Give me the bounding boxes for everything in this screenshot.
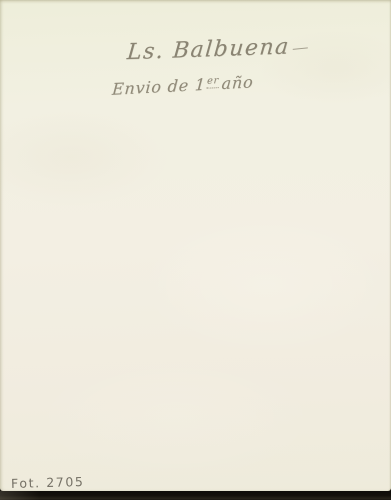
scanner-background-strip: [0, 491, 391, 500]
note-text: Envio de 1: [111, 75, 206, 99]
handwritten-signature: Ls. Balbuena: [126, 34, 309, 65]
note-suffix: año: [221, 72, 254, 93]
photo-number-label: Fot. 2705: [11, 474, 85, 491]
scanned-photo-verso: Ls. Balbuena Envio de 1eraño Fot. 2705: [0, 0, 391, 500]
handwritten-note: Envio de 1eraño: [111, 72, 254, 99]
photo-card: Ls. Balbuena Envio de 1eraño Fot. 2705: [0, 0, 391, 491]
ordinal-superscript: er: [207, 75, 220, 89]
